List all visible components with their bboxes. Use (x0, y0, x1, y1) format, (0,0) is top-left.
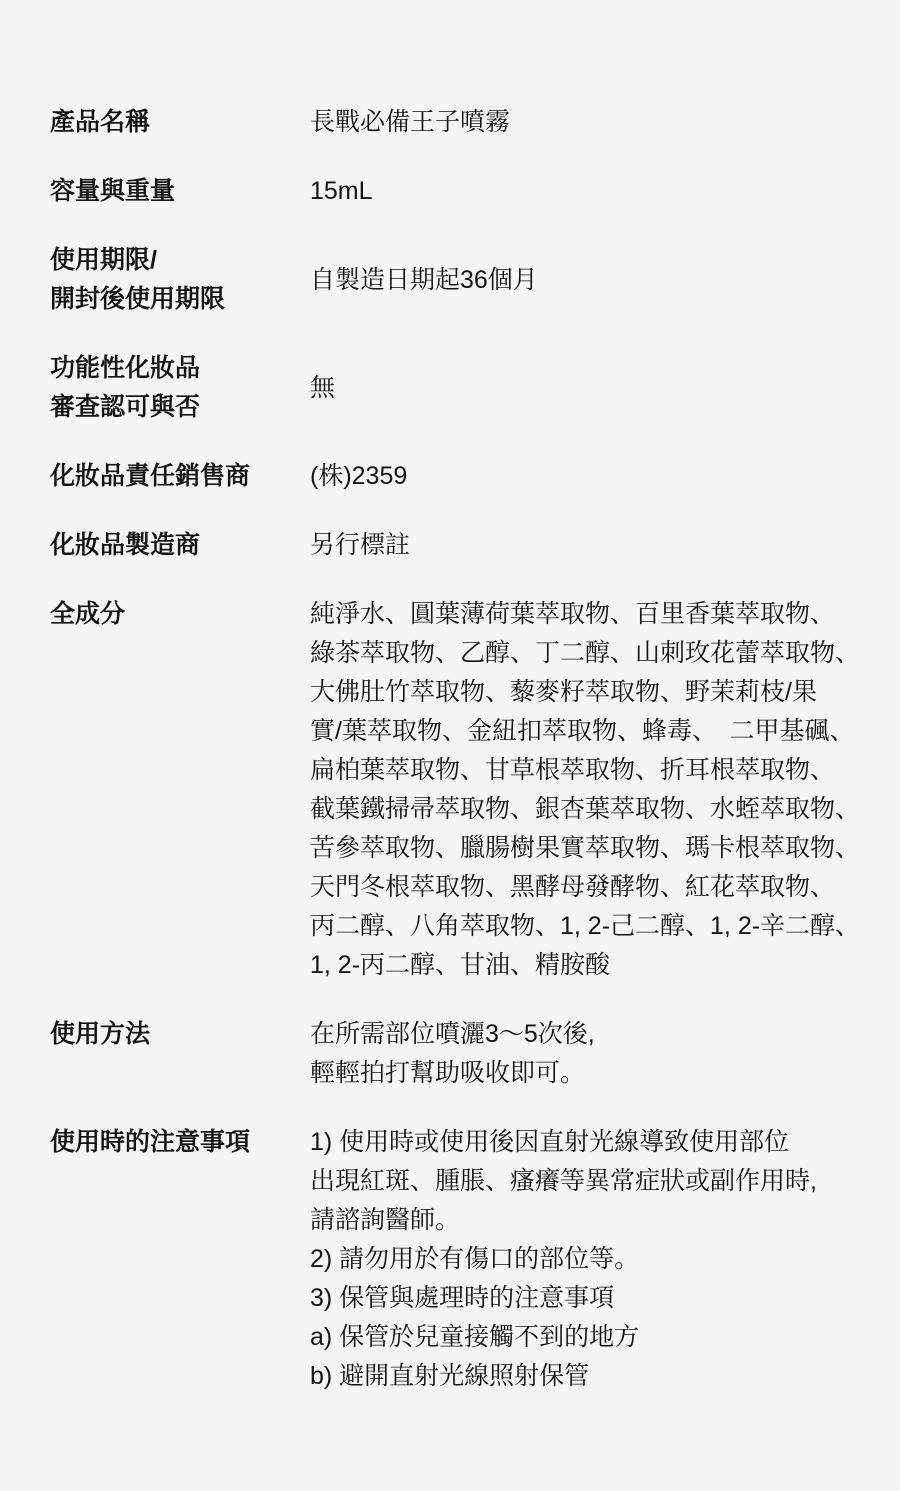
capacity-weight-label: 容量與重量 (50, 172, 310, 211)
usage-precautions-label: 使用時的注意事項 (50, 1123, 310, 1162)
expiry-period-label: 使用期限/ 開封後使用期限 (50, 241, 310, 319)
row-full-ingredients: 全成分 純淨水、圓葉薄荷葉萃取物、百里香葉萃取物、 綠茶萃取物、乙醇、丁二醇、山… (50, 595, 870, 985)
row-expiry-period: 使用期限/ 開封後使用期限 自製造日期起36個月 (50, 241, 870, 319)
functional-approval-label: 功能性化妝品 審查認可與否 (50, 349, 310, 427)
functional-approval-value: 無 (310, 369, 870, 408)
product-info-table: 產品名稱 長戰必備王子噴霧 容量與重量 15mL 使用期限/ 開封後使用期限 自… (0, 0, 900, 1396)
usage-method-value: 在所需部位噴灑3～5次後, 輕輕拍打幫助吸收即可。 (310, 1015, 870, 1093)
row-usage-method: 使用方法 在所需部位噴灑3～5次後, 輕輕拍打幫助吸收即可。 (50, 1015, 870, 1093)
manufacturer-label: 化妝品製造商 (50, 526, 310, 565)
expiry-period-value: 自製造日期起36個月 (310, 261, 870, 300)
row-responsible-seller: 化妝品責任銷售商 (株)2359 (50, 457, 870, 496)
usage-precautions-value: 1) 使用時或使用後因直射光線導致使用部位 出現紅斑、腫脹、瘙癢等異常症狀或副作… (310, 1123, 870, 1396)
manufacturer-value: 另行標註 (310, 526, 870, 565)
full-ingredients-value: 純淨水、圓葉薄荷葉萃取物、百里香葉萃取物、 綠茶萃取物、乙醇、丁二醇、山刺玫花蕾… (310, 595, 870, 985)
responsible-seller-value: (株)2359 (310, 457, 870, 496)
row-usage-precautions: 使用時的注意事項 1) 使用時或使用後因直射光線導致使用部位 出現紅斑、腫脹、瘙… (50, 1123, 870, 1396)
product-name-value: 長戰必備王子噴霧 (310, 103, 870, 142)
row-product-name: 產品名稱 長戰必備王子噴霧 (50, 103, 870, 142)
full-ingredients-label: 全成分 (50, 595, 310, 634)
row-functional-approval: 功能性化妝品 審查認可與否 無 (50, 349, 870, 427)
capacity-weight-value: 15mL (310, 172, 870, 211)
product-name-label: 產品名稱 (50, 103, 310, 142)
usage-method-label: 使用方法 (50, 1015, 310, 1054)
responsible-seller-label: 化妝品責任銷售商 (50, 457, 310, 496)
row-capacity-weight: 容量與重量 15mL (50, 172, 870, 211)
row-manufacturer: 化妝品製造商 另行標註 (50, 526, 870, 565)
